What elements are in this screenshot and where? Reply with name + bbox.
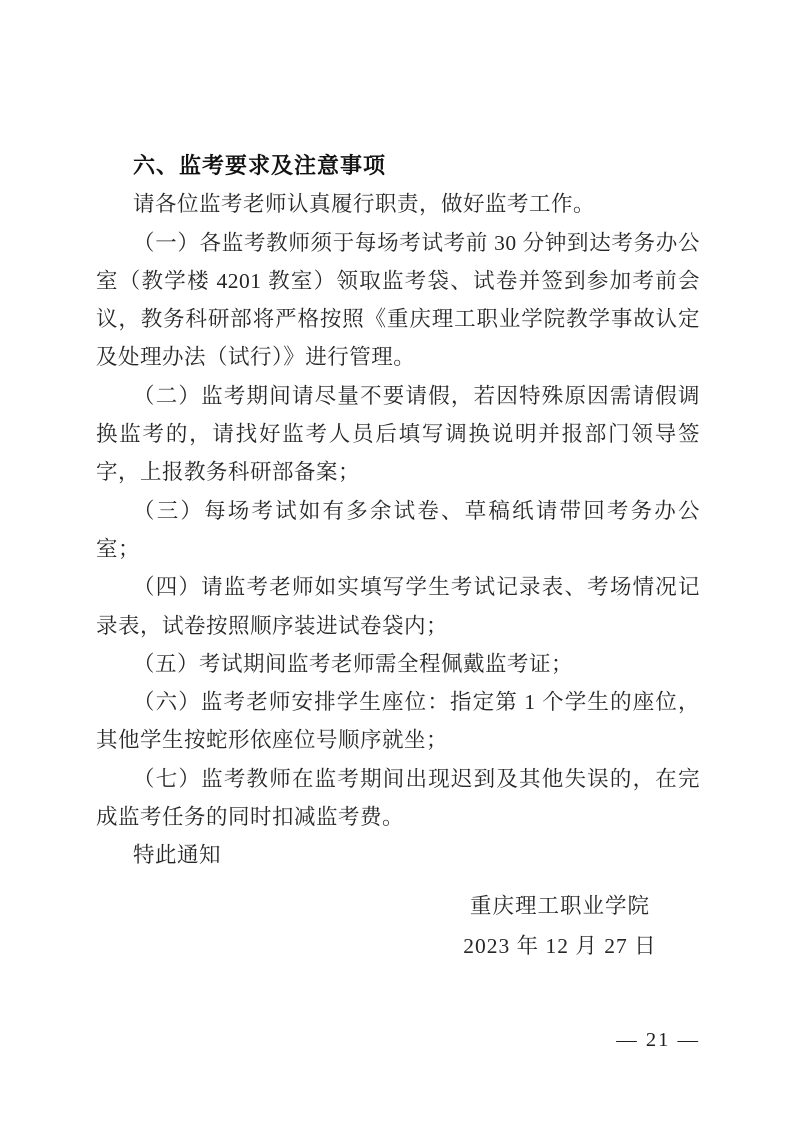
signature-block: 重庆理工职业学院 2023 年 12 月 27 日 [400, 886, 720, 966]
notice-paragraph-item-1: （一）各监考教师须于每场考试考前 30 分钟到达考务办公室（教学楼 4201 教… [96, 224, 700, 377]
signature-date: 2023 年 12 月 27 日 [400, 926, 720, 966]
signature-organization: 重庆理工职业学院 [400, 886, 720, 926]
notice-body: 六、监考要求及注意事项 请各位监考老师认真履行职责，做好监考工作。 （一）各监考… [96, 147, 700, 875]
notice-paragraph-item-2: （二）监考期间请尽量不要请假，若因特殊原因需请假调换监考的，请找好监考人员后填写… [96, 377, 700, 492]
page-number: — 21 — [616, 1028, 700, 1052]
notice-paragraph-item-7: （七）监考教师在监考期间出现迟到及其他失误的，在完成监考任务的同时扣减监考费。 [96, 760, 700, 837]
notice-paragraph-item-6: （六）监考老师安排学生座位：指定第 1 个学生的座位，其他学生按蛇形依座位号顺序… [96, 683, 700, 760]
document-page: 六、监考要求及注意事项 请各位监考老师认真履行职责，做好监考工作。 （一）各监考… [0, 0, 793, 1122]
notice-paragraph-item-4: （四）请监考老师如实填写学生考试记录表、考场情况记录表，试卷按照顺序装进试卷袋内… [96, 568, 700, 645]
section-heading: 六、监考要求及注意事项 [96, 147, 700, 185]
notice-paragraph-item-3: （三）每场考试如有多余试卷、草稿纸请带回考务办公室； [96, 492, 700, 569]
notice-closing: 特此通知 [96, 836, 700, 874]
notice-paragraph-item-5: （五）考试期间监考老师需全程佩戴监考证； [96, 645, 700, 683]
notice-paragraph-intro: 请各位监考老师认真履行职责，做好监考工作。 [96, 185, 700, 223]
